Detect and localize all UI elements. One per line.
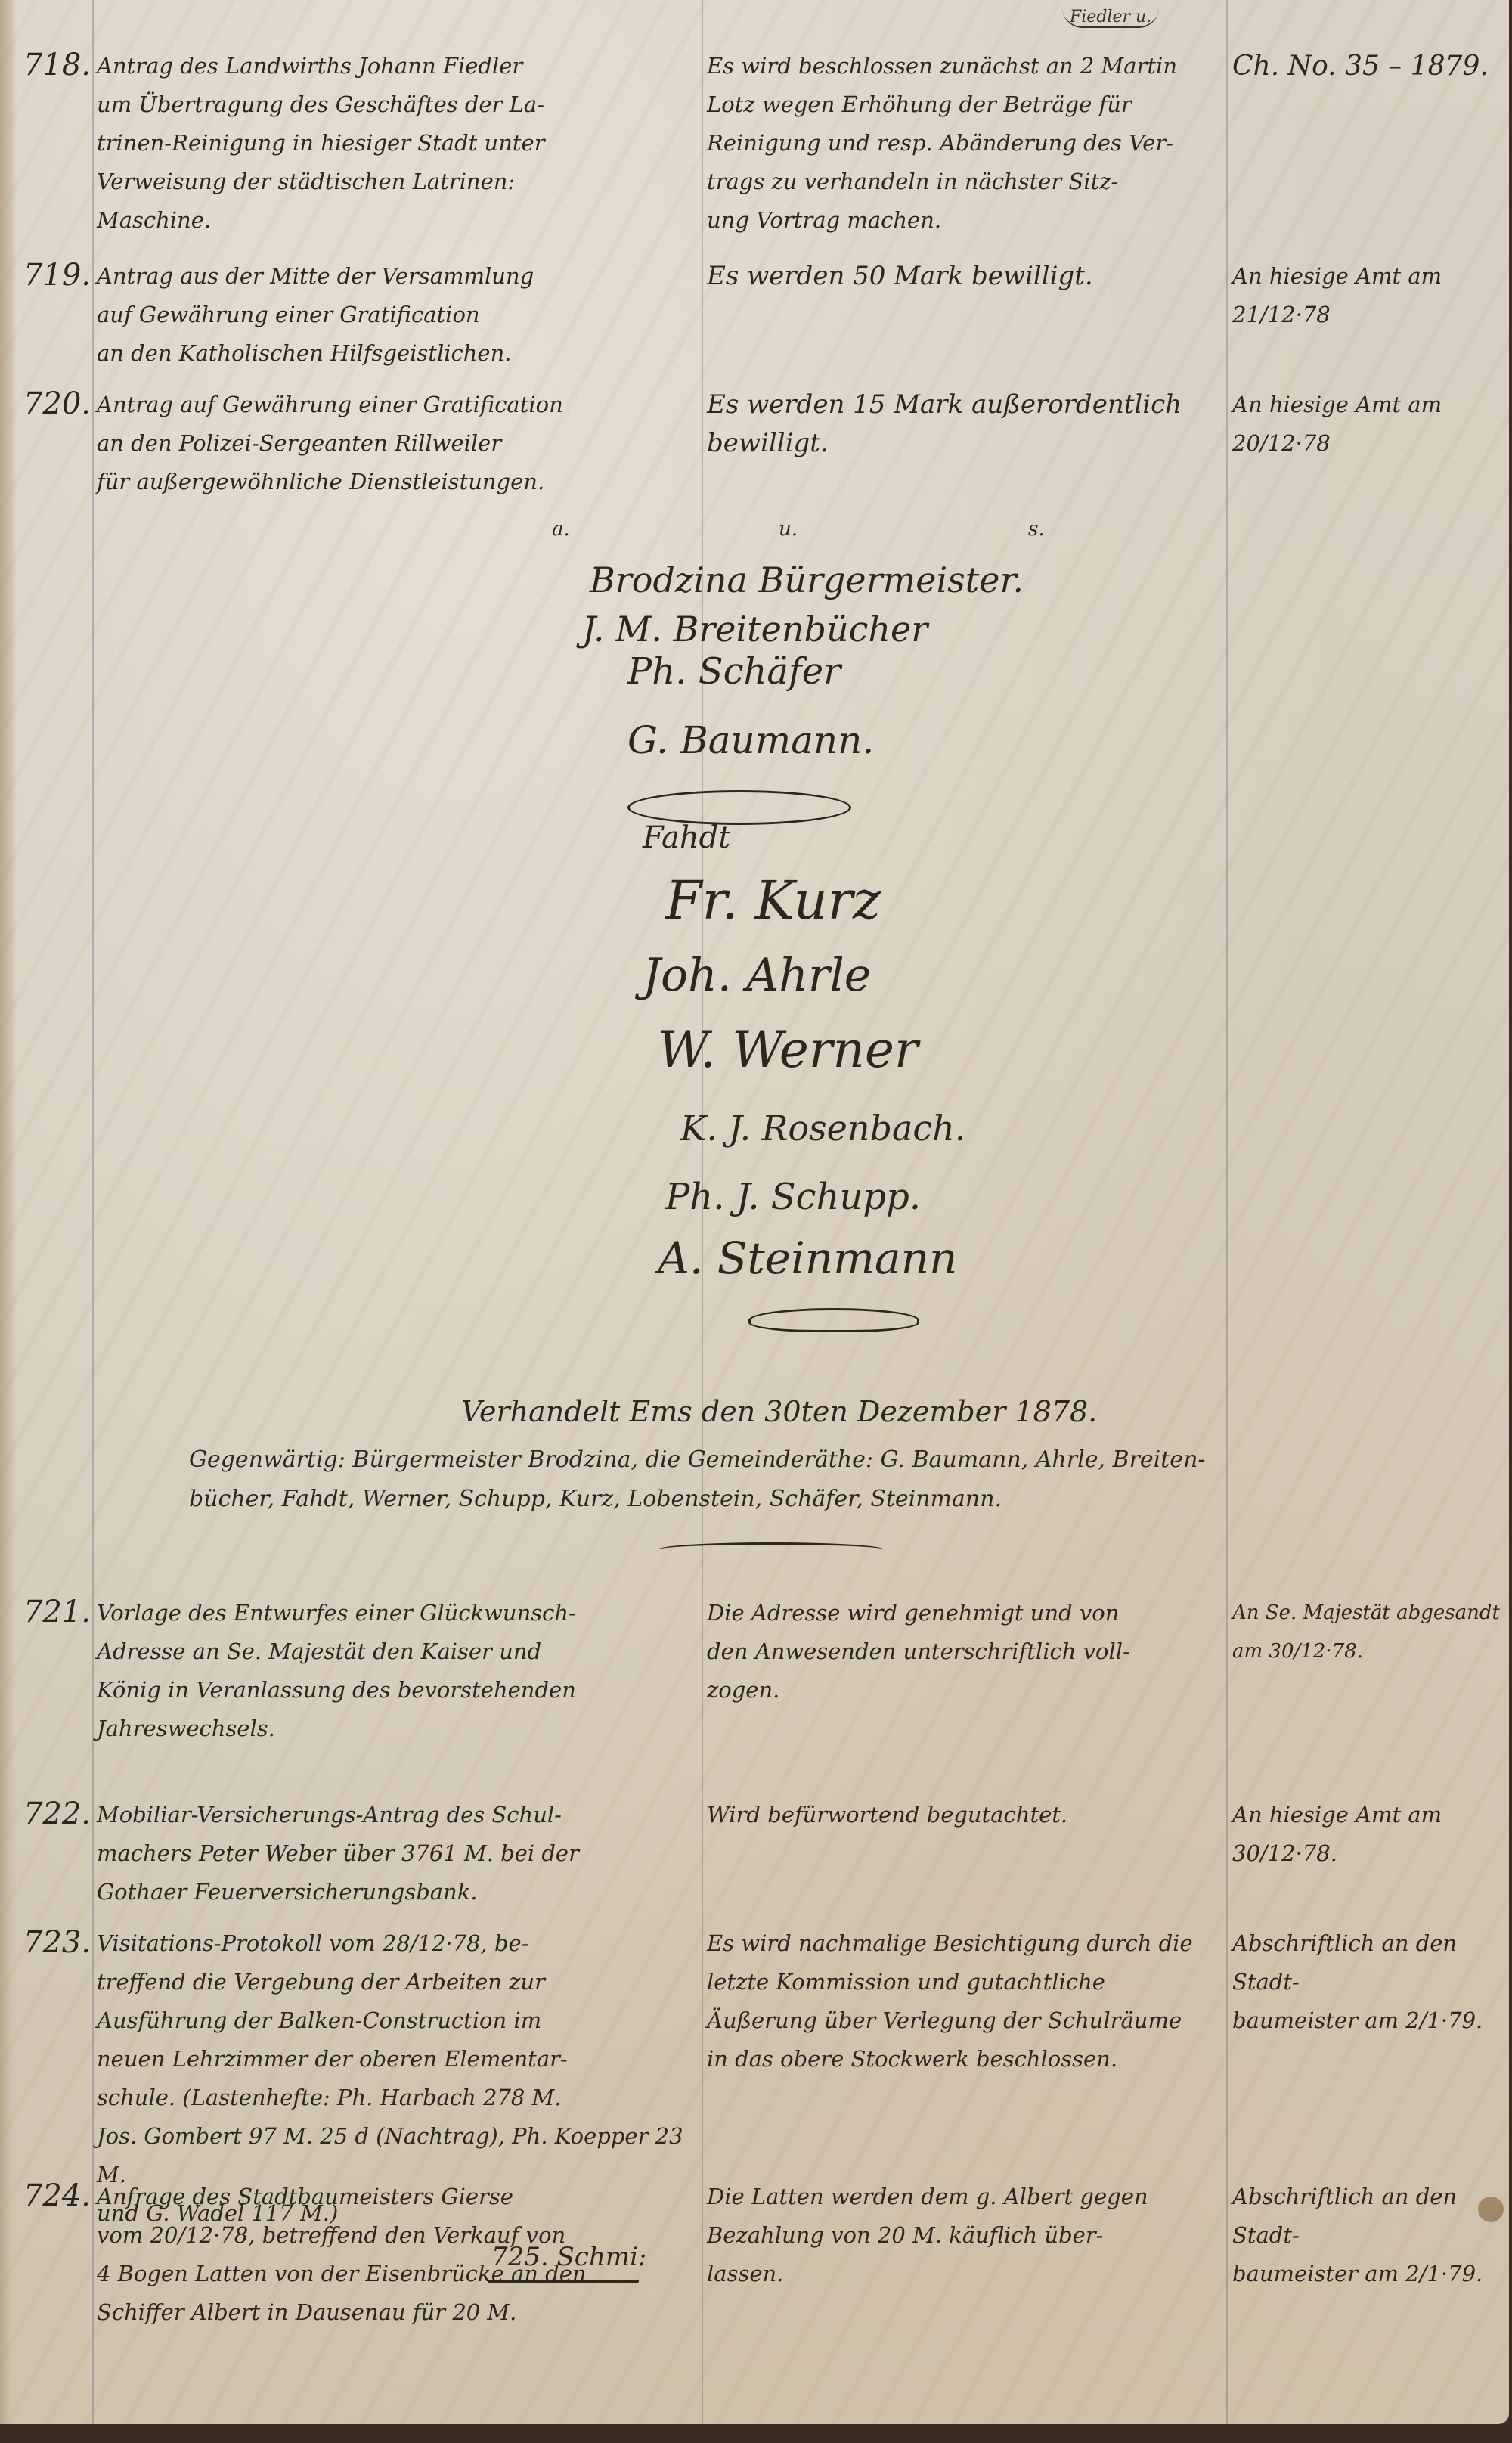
entry-decision: Die Adresse wird genehmigt und von den A…: [707, 1594, 1228, 1710]
entry-decision: Es werden 50 Mark bewilligt.: [707, 257, 1228, 296]
entry-result: An hiesige Amt am 30/12·78.: [1232, 1796, 1504, 1873]
entry-decision: Die Latten werden dem g. Albert gegen Be…: [707, 2178, 1228, 2293]
section-divider-flourish: [658, 1542, 885, 1557]
signature: Fahdt: [643, 820, 730, 855]
attendance-list: Gegenwärtig: Bürgermeister Brodzina, die…: [189, 1440, 1361, 1519]
entry-decision: Es wird beschlossen zunächst an 2 Martin…: [707, 47, 1228, 240]
continuation-marker: 725. Schmi:: [491, 2242, 646, 2272]
signature: Fr. Kurz: [665, 870, 881, 932]
signature: Joh. Ahrle: [643, 949, 871, 1002]
entry-result: Abschriftlich an den Stadt- baumeister a…: [1232, 2178, 1504, 2293]
entry-subject: Antrag auf Gewährung einer Gratification…: [97, 386, 694, 501]
entry-result: An hiesige Amt am 21/12·78: [1232, 257, 1504, 334]
entry-result: An hiesige Amt am 20/12·78: [1232, 386, 1504, 463]
entry-number: 724.: [8, 2178, 91, 2214]
signature: K. J. Rosenbach.: [680, 1108, 965, 1149]
entry-decision: Es wird nachmalige Besichtigung durch di…: [707, 1924, 1228, 2079]
entry-decision: Wird befürwortend begutachtet.: [707, 1796, 1228, 1834]
signature: Ph. J. Schupp.: [665, 1176, 921, 1218]
ledger-page: 718. Antrag des Landwirths Johann Fiedle…: [0, 0, 1509, 2424]
column-rule-number: [92, 0, 94, 2424]
entry-number: 723.: [8, 1924, 91, 1961]
signature: W. Werner: [658, 1021, 918, 1079]
entry-subject: Mobiliar-Versicherungs-Antrag des Schul-…: [97, 1796, 694, 1911]
entry-number: 722.: [8, 1796, 91, 1832]
entry-number: 720.: [8, 386, 91, 422]
entry-number: 721.: [8, 1594, 91, 1630]
signature: Ph. Schäfer: [627, 650, 841, 693]
entry-number: 719.: [8, 257, 91, 293]
insertion-note: Fiedler u.: [1062, 8, 1159, 28]
entry-subject: Vorlage des Entwurfes einer Glückwunsch-…: [97, 1594, 694, 1748]
signature-buergermeister: Brodzina Bürgermeister.: [590, 560, 1024, 600]
continuation-underline: [488, 2280, 639, 2283]
marker-s: s.: [1028, 518, 1045, 541]
entry-number: 718.: [8, 47, 91, 83]
marker-u: u.: [779, 518, 798, 541]
marker-a: a.: [552, 518, 570, 541]
entry-result: Abschriftlich an den Stadt- baumeister a…: [1232, 1924, 1504, 2040]
entry-result: An Se. Majestät abgesandt am 30/12·78.: [1232, 1594, 1504, 1671]
signature-flourish: [748, 1308, 919, 1332]
ink-stain: [1478, 2197, 1504, 2222]
signature: A. Steinmann: [658, 1232, 957, 1284]
session-header: Verhandelt Ems den 30ten Dezember 1878.: [461, 1395, 1097, 1428]
signature: G. Baumann.: [627, 718, 874, 762]
entry-subject: Antrag aus der Mitte der Versammlung auf…: [97, 257, 694, 373]
signature: J. M. Breitenbücher: [582, 609, 928, 650]
entry-subject: Antrag des Landwirths Johann Fiedler um …: [97, 47, 694, 240]
entry-result: Ch. No. 35 – 1879.: [1232, 47, 1504, 85]
entry-decision: Es werden 15 Mark außerordentlich bewill…: [707, 386, 1228, 463]
